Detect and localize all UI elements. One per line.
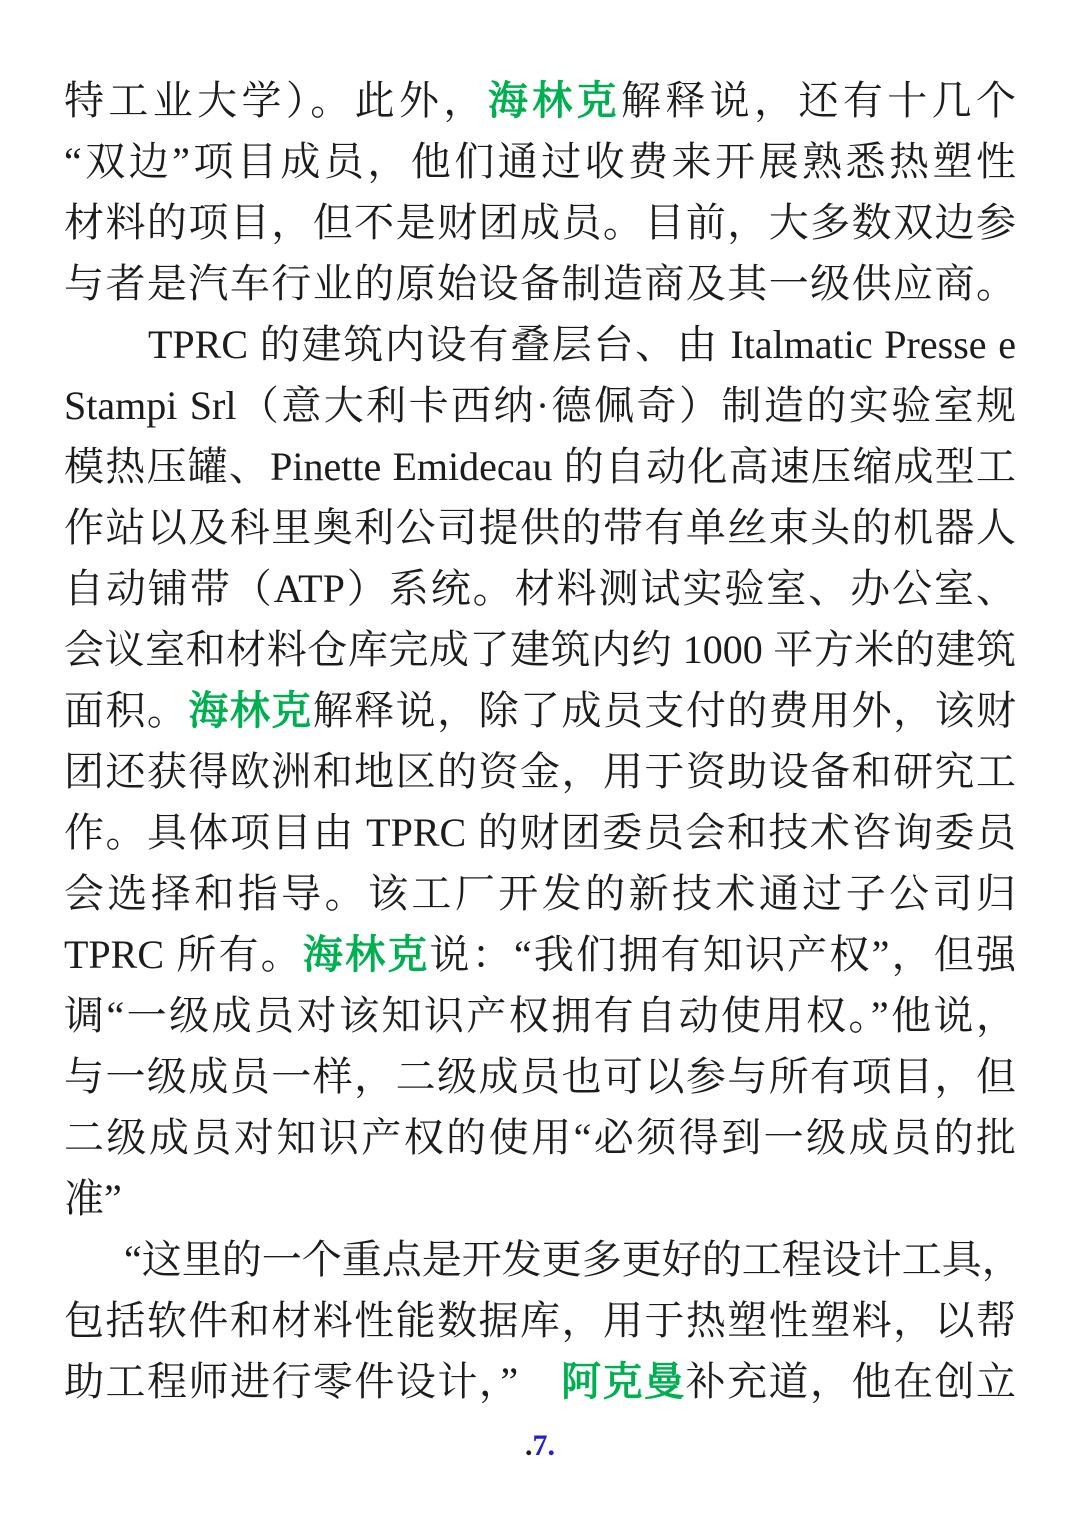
line-text: 材料的项目，但不是财团成员。目前，大多数双边参	[64, 200, 1016, 245]
line-text: 准”	[64, 1176, 122, 1221]
line-text: 解释说，除了成员支付的费用外，该财	[313, 688, 1016, 733]
line-text: 会选择和指导。该工厂开发的新技术通过子公司归	[64, 871, 1016, 916]
line-text: TPRC 的建筑内设有叠层台、由 Italmatic Presse e	[148, 322, 1016, 367]
line-text: 模热压罐、Pinette Emidecau 的自动化高速压缩成型工	[64, 444, 1016, 489]
line-text: 调“一级成员对该知识产权拥有自动使用权。”他说，	[64, 993, 1016, 1038]
text-line: 与者是汽车行业的原始设备制造商及其一级供应商。	[64, 253, 1016, 314]
line-text: 说：“我们拥有知识产权”，但强	[430, 932, 1016, 977]
text-line: 作站以及科里奥利公司提供的带有单丝束头的机器人	[64, 497, 1016, 558]
text-line: 调“一级成员对该知识产权拥有自动使用权。”他说，	[64, 985, 1016, 1046]
line-text: “双边”项目成员，他们通过收费来开展熟悉热塑性	[64, 139, 1016, 184]
line-text: 作。具体项目由 TPRC 的财团委员会和技术咨询委员	[64, 810, 1016, 855]
line-text: 与一级成员一样，二级成员也可以参与所有项目，但	[64, 1054, 1016, 1099]
page-number-right-dot: .	[548, 1429, 556, 1462]
person-name-highlight: 海林克	[188, 688, 312, 733]
person-name-highlight: 阿克曼	[561, 1359, 685, 1404]
line-text: TPRC 所有。	[64, 932, 303, 977]
line-text: 团还获得欧洲和地区的资金，用于资助设备和研究工	[64, 749, 1016, 794]
text-line: 特工业大学）。此外，海林克解释说，还有十几个	[64, 70, 1016, 131]
line-text: 补充道，他在创立	[686, 1359, 1016, 1404]
person-name-highlight: 海林克	[488, 78, 621, 123]
text-line: 助工程师进行零件设计，” 阿克曼补充道，他在创立	[64, 1351, 1016, 1412]
text-line: TPRC 的建筑内设有叠层台、由 Italmatic Presse e	[64, 314, 1016, 375]
line-text: 解释说，还有十几个	[621, 78, 1016, 123]
page-number-value: 7	[533, 1429, 548, 1462]
page-number: .7.	[0, 1428, 1080, 1464]
line-text: 作站以及科里奥利公司提供的带有单丝束头的机器人	[64, 505, 1016, 550]
line-text: 特工业大学）。此外，	[64, 78, 488, 123]
text-line: 自动铺带（ATP）系统。材料测试实验室、办公室、	[64, 558, 1016, 619]
line-text: Stampi Srl（意大利卡西纳·德佩奇）制造的实验室规	[64, 383, 1016, 428]
text-line: Stampi Srl（意大利卡西纳·德佩奇）制造的实验室规	[64, 375, 1016, 436]
person-name-highlight: 海林克	[303, 932, 430, 977]
line-text: 面积。	[64, 688, 188, 733]
text-line: 模热压罐、Pinette Emidecau 的自动化高速压缩成型工	[64, 436, 1016, 497]
line-text: 会议室和材料仓库完成了建筑内约 1000 平方米的建筑	[64, 627, 1016, 672]
page-number-left-dot: .	[525, 1429, 533, 1462]
text-line: 会选择和指导。该工厂开发的新技术通过子公司归	[64, 863, 1016, 924]
line-text: 自动铺带（ATP）系统。材料测试实验室、办公室、	[64, 566, 1016, 611]
text-line: 会议室和材料仓库完成了建筑内约 1000 平方米的建筑	[64, 619, 1016, 680]
text-line: 准”	[64, 1168, 1016, 1229]
text-line: TPRC 所有。海林克说：“我们拥有知识产权”，但强	[64, 924, 1016, 985]
document-body: 特工业大学）。此外，海林克解释说，还有十几个 “双边”项目成员，他们通过收费来开…	[64, 70, 1016, 1412]
text-line: 二级成员对知识产权的使用“必须得到一级成员的批	[64, 1107, 1016, 1168]
text-line: “双边”项目成员，他们通过收费来开展熟悉热塑性	[64, 131, 1016, 192]
text-line: 包括软件和材料性能数据库，用于热塑性塑料，以帮	[64, 1290, 1016, 1351]
text-line: 面积。海林克解释说，除了成员支付的费用外，该财	[64, 680, 1016, 741]
line-text: 包括软件和材料性能数据库，用于热塑性塑料，以帮	[64, 1298, 1016, 1343]
text-line: 材料的项目，但不是财团成员。目前，大多数双边参	[64, 192, 1016, 253]
line-text: 与者是汽车行业的原始设备制造商及其一级供应商。	[64, 261, 1016, 306]
line-text: 助工程师进行零件设计，”	[64, 1359, 561, 1404]
text-line: 团还获得欧洲和地区的资金，用于资助设备和研究工	[64, 741, 1016, 802]
text-line: 作。具体项目由 TPRC 的财团委员会和技术咨询委员	[64, 802, 1016, 863]
text-line: “这里的一个重点是开发更多更好的工程设计工具，	[64, 1229, 1016, 1290]
line-text: 二级成员对知识产权的使用“必须得到一级成员的批	[64, 1115, 1016, 1160]
line-text: “这里的一个重点是开发更多更好的工程设计工具，	[124, 1237, 1022, 1282]
text-line: 与一级成员一样，二级成员也可以参与所有项目，但	[64, 1046, 1016, 1107]
